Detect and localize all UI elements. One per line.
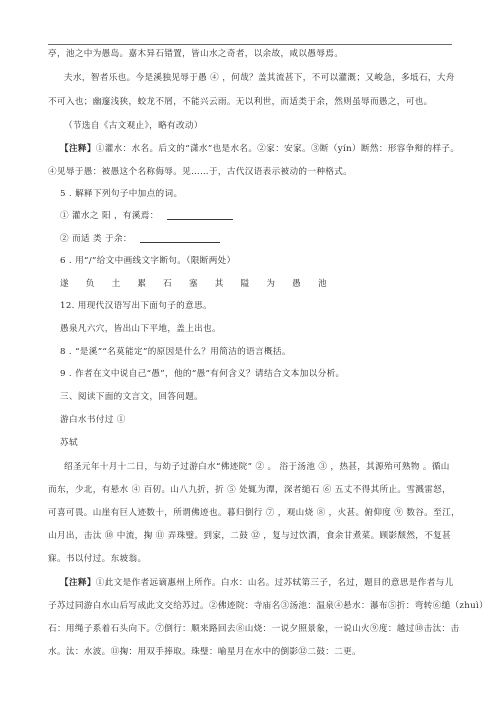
question-5-item-1: ① 灌水之 阳 ，有溪焉：	[60, 210, 470, 222]
question-8-prompt: 8 . “是溪”“名莫能定”的原因是什么？用简洁的语言概括。	[60, 346, 470, 358]
annotation-text: ①灌水：水名。后文的“潇水”也是水名。②家：安家。③断（yín）断然：形容争辩的…	[96, 144, 460, 154]
question-5-item-2: ② 而适 类 于余：	[60, 233, 470, 245]
article-line: 可喜可畏。山崖有巨人迹数十，所谓佛迹也。暮归倒行 ⑦ ，观山烧 ⑧ ，火甚。俯仰…	[48, 507, 458, 519]
article-author: 苏轼	[60, 437, 470, 449]
question-12-passage: 愚泉凡六穴，皆出山下平地，盖上出也。	[60, 323, 470, 335]
source-citation: （节选自《古文观止》，略有改动）	[64, 120, 474, 132]
question-6-prompt: 6 . 用“/”给文中画线文字断句。（限断两处）	[60, 255, 470, 267]
annotation-label: 【注释】	[60, 578, 96, 588]
document-page: 亭，池之中为愚岛。嘉木异石错置，皆山水之奇者，以余故，咸以愚辱焉。 夫水，智者乐…	[0, 0, 500, 707]
annotation-line: 【注释】①灌水：水名。后文的“潇水”也是水名。②家：安家。③断（yín）断然：形…	[60, 143, 470, 155]
passage-line: 夫水，智者乐也。今是溪独见辱于愚 ④ ，何哉？盖其流甚下，不可以灌溉；又峻急，多…	[64, 72, 474, 84]
annotation-line: 石：用绳子系着石头向下。⑦倒行：顺来路回去⑧山烧：一说夕照景象，一说山火⑨度：越…	[48, 623, 458, 635]
annotation-line: 【注释】①此文是作者远谪惠州上所作。白水：山名。过苏轼第三子，名过，题目的意思是…	[60, 577, 470, 589]
question-text: ① 灌水之 阳 ，有溪焉：	[60, 211, 159, 221]
passage-line: 亭，池之中为愚岛。嘉木异石错置，皆山水之奇者，以余故，咸以愚辱焉。	[48, 48, 458, 60]
annotation-label: 【注释】	[60, 144, 96, 154]
annotation-line: 子苏过同游白水山后写成此文交给苏过。②佛迹院：寺庙名③汤池：温泉④悬水：瀑布⑤折…	[48, 600, 458, 612]
annotation-line: 水。汰：水波。⑪掬：用双手捧取。珠璧：喻星月在水中的倒影⑫二鼓：二更。	[48, 646, 458, 658]
annotation-line: ④见辱于愚：被愚这个名称侮辱。见……于，古代汉语表示被动的一种格式。	[48, 166, 458, 178]
question-5-prompt: 5 . 解释下列句子中加点的词。	[60, 188, 470, 200]
annotation-text: ①此文是作者远谪惠州上所作。白水：山名。过苏轼第三子，名过，题目的意思是作者与儿	[96, 578, 454, 588]
question-text: ② 而适 类 于余：	[60, 234, 132, 244]
section-three-heading: 三、阅读下面的文言文，回答问题。	[60, 391, 470, 403]
answer-blank[interactable]	[167, 210, 233, 220]
article-line: 而东，少北，有悬水 ④ 百仞。山八九折，折 ⑤ 处辄为潭，深者缒石 ⑥ 五丈不得…	[48, 484, 458, 496]
question-9-prompt: 9 . 作者在文中说自己“愚”，他的“愚”有何含义？请结合文本加以分析。	[60, 368, 470, 380]
article-line: 山月出，击汰 ⑩ 中流，掬 ⑪ 弄珠璧。到家，二鼓 ⑫ ，复与过饮酒，食余甘煮菜…	[48, 530, 458, 542]
question-6-passage: 遂负土累石塞其隘为愚池	[60, 278, 470, 290]
article-title: 游白水书付过 ①	[60, 414, 470, 426]
article-line: 绍圣元年十月十二日，与幼子过游白水“佛迹院” ② 。 浴于汤池 ③ ，热甚，其源…	[64, 461, 474, 473]
question-12-prompt: 12. 用现代汉语写出下面句子的意思。	[60, 300, 470, 312]
answer-blank[interactable]	[140, 233, 220, 243]
passage-line: 不可入也；幽邃浅狭，蛟龙不屑，不能兴云雨。无以利世，而适类于余，然则虽辱而愚之，…	[48, 96, 458, 108]
header-divider	[48, 44, 452, 45]
article-line: 寐。书以付过。东坡翁。	[48, 553, 458, 565]
